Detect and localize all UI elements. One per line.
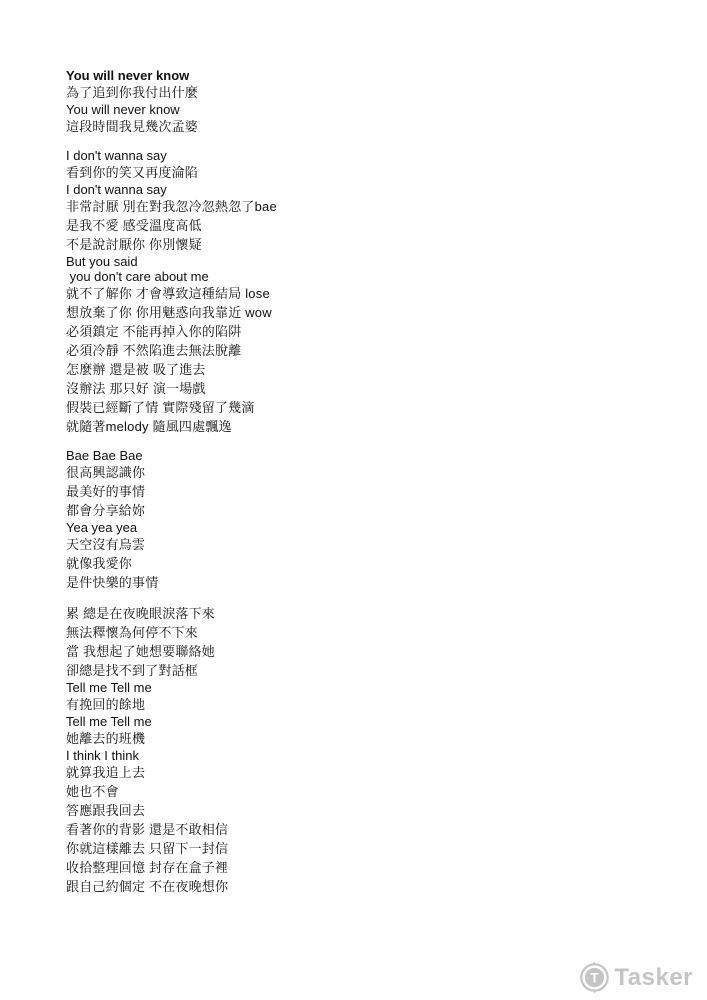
lyric-line: 無法釋懷為何停不下來: [66, 623, 277, 642]
lyric-line: 非常討厭 別在對我忽冷忽熱忽了bae: [66, 197, 277, 216]
lyric-line: 她離去的班機: [66, 729, 277, 748]
lyric-line: 就隨著melody 隨風四處飄逸: [66, 417, 277, 436]
lyric-line: 就不了解你 才會導致這種結局 lose: [66, 284, 277, 303]
lyric-line: 卻總是找不到了對話框: [66, 661, 277, 680]
lyric-line: 當 我想起了她想要聯絡她: [66, 642, 277, 661]
lyric-line: Yea yea yea: [66, 520, 277, 535]
lyric-line: 最美好的事情: [66, 482, 277, 501]
tasker-watermark: T Tasker: [578, 961, 693, 994]
lyric-line: You will never know: [66, 102, 277, 117]
lyric-line: 必須冷靜 不然陷進去無法脫離: [66, 341, 277, 360]
tasker-badge-icon: T: [578, 961, 611, 994]
lyric-line: 很高興認識你: [66, 463, 277, 482]
lyric-line: Bae Bae Bae: [66, 448, 277, 463]
lyric-line: 看著你的背影 還是不敢相信: [66, 820, 277, 839]
lyric-line: 答應跟我回去: [66, 801, 277, 820]
svg-text:T: T: [591, 970, 600, 985]
lyric-line: Tell me Tell me: [66, 714, 277, 729]
lyric-line: 看到你的笑又再度淪陷: [66, 163, 277, 182]
lyric-line: 怎麼辦 還是被 吸了進去: [66, 360, 277, 379]
lyric-line: I think I think: [66, 748, 277, 763]
lyric-line: 累 總是在夜晚眼淚落下來: [66, 604, 277, 623]
lyric-line: 不是說討厭你 你別懷疑: [66, 235, 277, 254]
stanza: Bae Bae Bae很高興認識你最美好的事情都會分享給妳Yea yea yea…: [66, 448, 277, 592]
lyric-line: 跟自己約個定 不在夜晚想你: [66, 877, 277, 896]
tasker-brand-text: Tasker: [614, 961, 693, 994]
lyric-line: 你就這樣離去 只留下一封信: [66, 839, 277, 858]
lyric-line: I don't wanna say: [66, 148, 277, 163]
lyric-line: I don't wanna say: [66, 182, 277, 197]
lyrics-document: You will never know為了追到你我付出什麼You will ne…: [66, 68, 277, 896]
lyric-line: 天空沒有烏雲: [66, 535, 277, 554]
lyric-line: 必須鎮定 不能再掉入你的陷阱: [66, 322, 277, 341]
lyric-line: 這段時間我見幾次孟婆: [66, 117, 277, 136]
lyric-line: you don't care about me: [66, 269, 277, 284]
lyric-line: 就像我愛你: [66, 554, 277, 573]
lyric-line: 都會分享給妳: [66, 501, 277, 520]
lyric-line: 為了追到你我付出什麼: [66, 83, 277, 102]
lyric-line: But you said: [66, 254, 277, 269]
lyric-line: 沒辦法 那只好 演一場戲: [66, 379, 277, 398]
lyric-line: 是我不愛 感受溫度高低: [66, 216, 277, 235]
stanza: You will never know為了追到你我付出什麼You will ne…: [66, 68, 277, 136]
lyric-line: 有挽回的餘地: [66, 695, 277, 714]
lyric-line: 想放棄了你 你用魅惑向我靠近 wow: [66, 303, 277, 322]
lyric-line: 就算我追上去: [66, 763, 277, 782]
song-title: You will never know: [66, 68, 277, 83]
lyric-line: 假裝已經斷了情 實際殘留了幾滴: [66, 398, 277, 417]
stanza: 累 總是在夜晚眼淚落下來無法釋懷為何停不下來當 我想起了她想要聯絡她卻總是找不到…: [66, 604, 277, 896]
lyric-line: 她也不會: [66, 782, 277, 801]
lyric-line: Tell me Tell me: [66, 680, 277, 695]
stanza: I don't wanna say看到你的笑又再度淪陷I don't wanna…: [66, 148, 277, 436]
lyric-line: 是件快樂的事情: [66, 573, 277, 592]
lyric-line: 收拾整理回憶 封存在盒子裡: [66, 858, 277, 877]
